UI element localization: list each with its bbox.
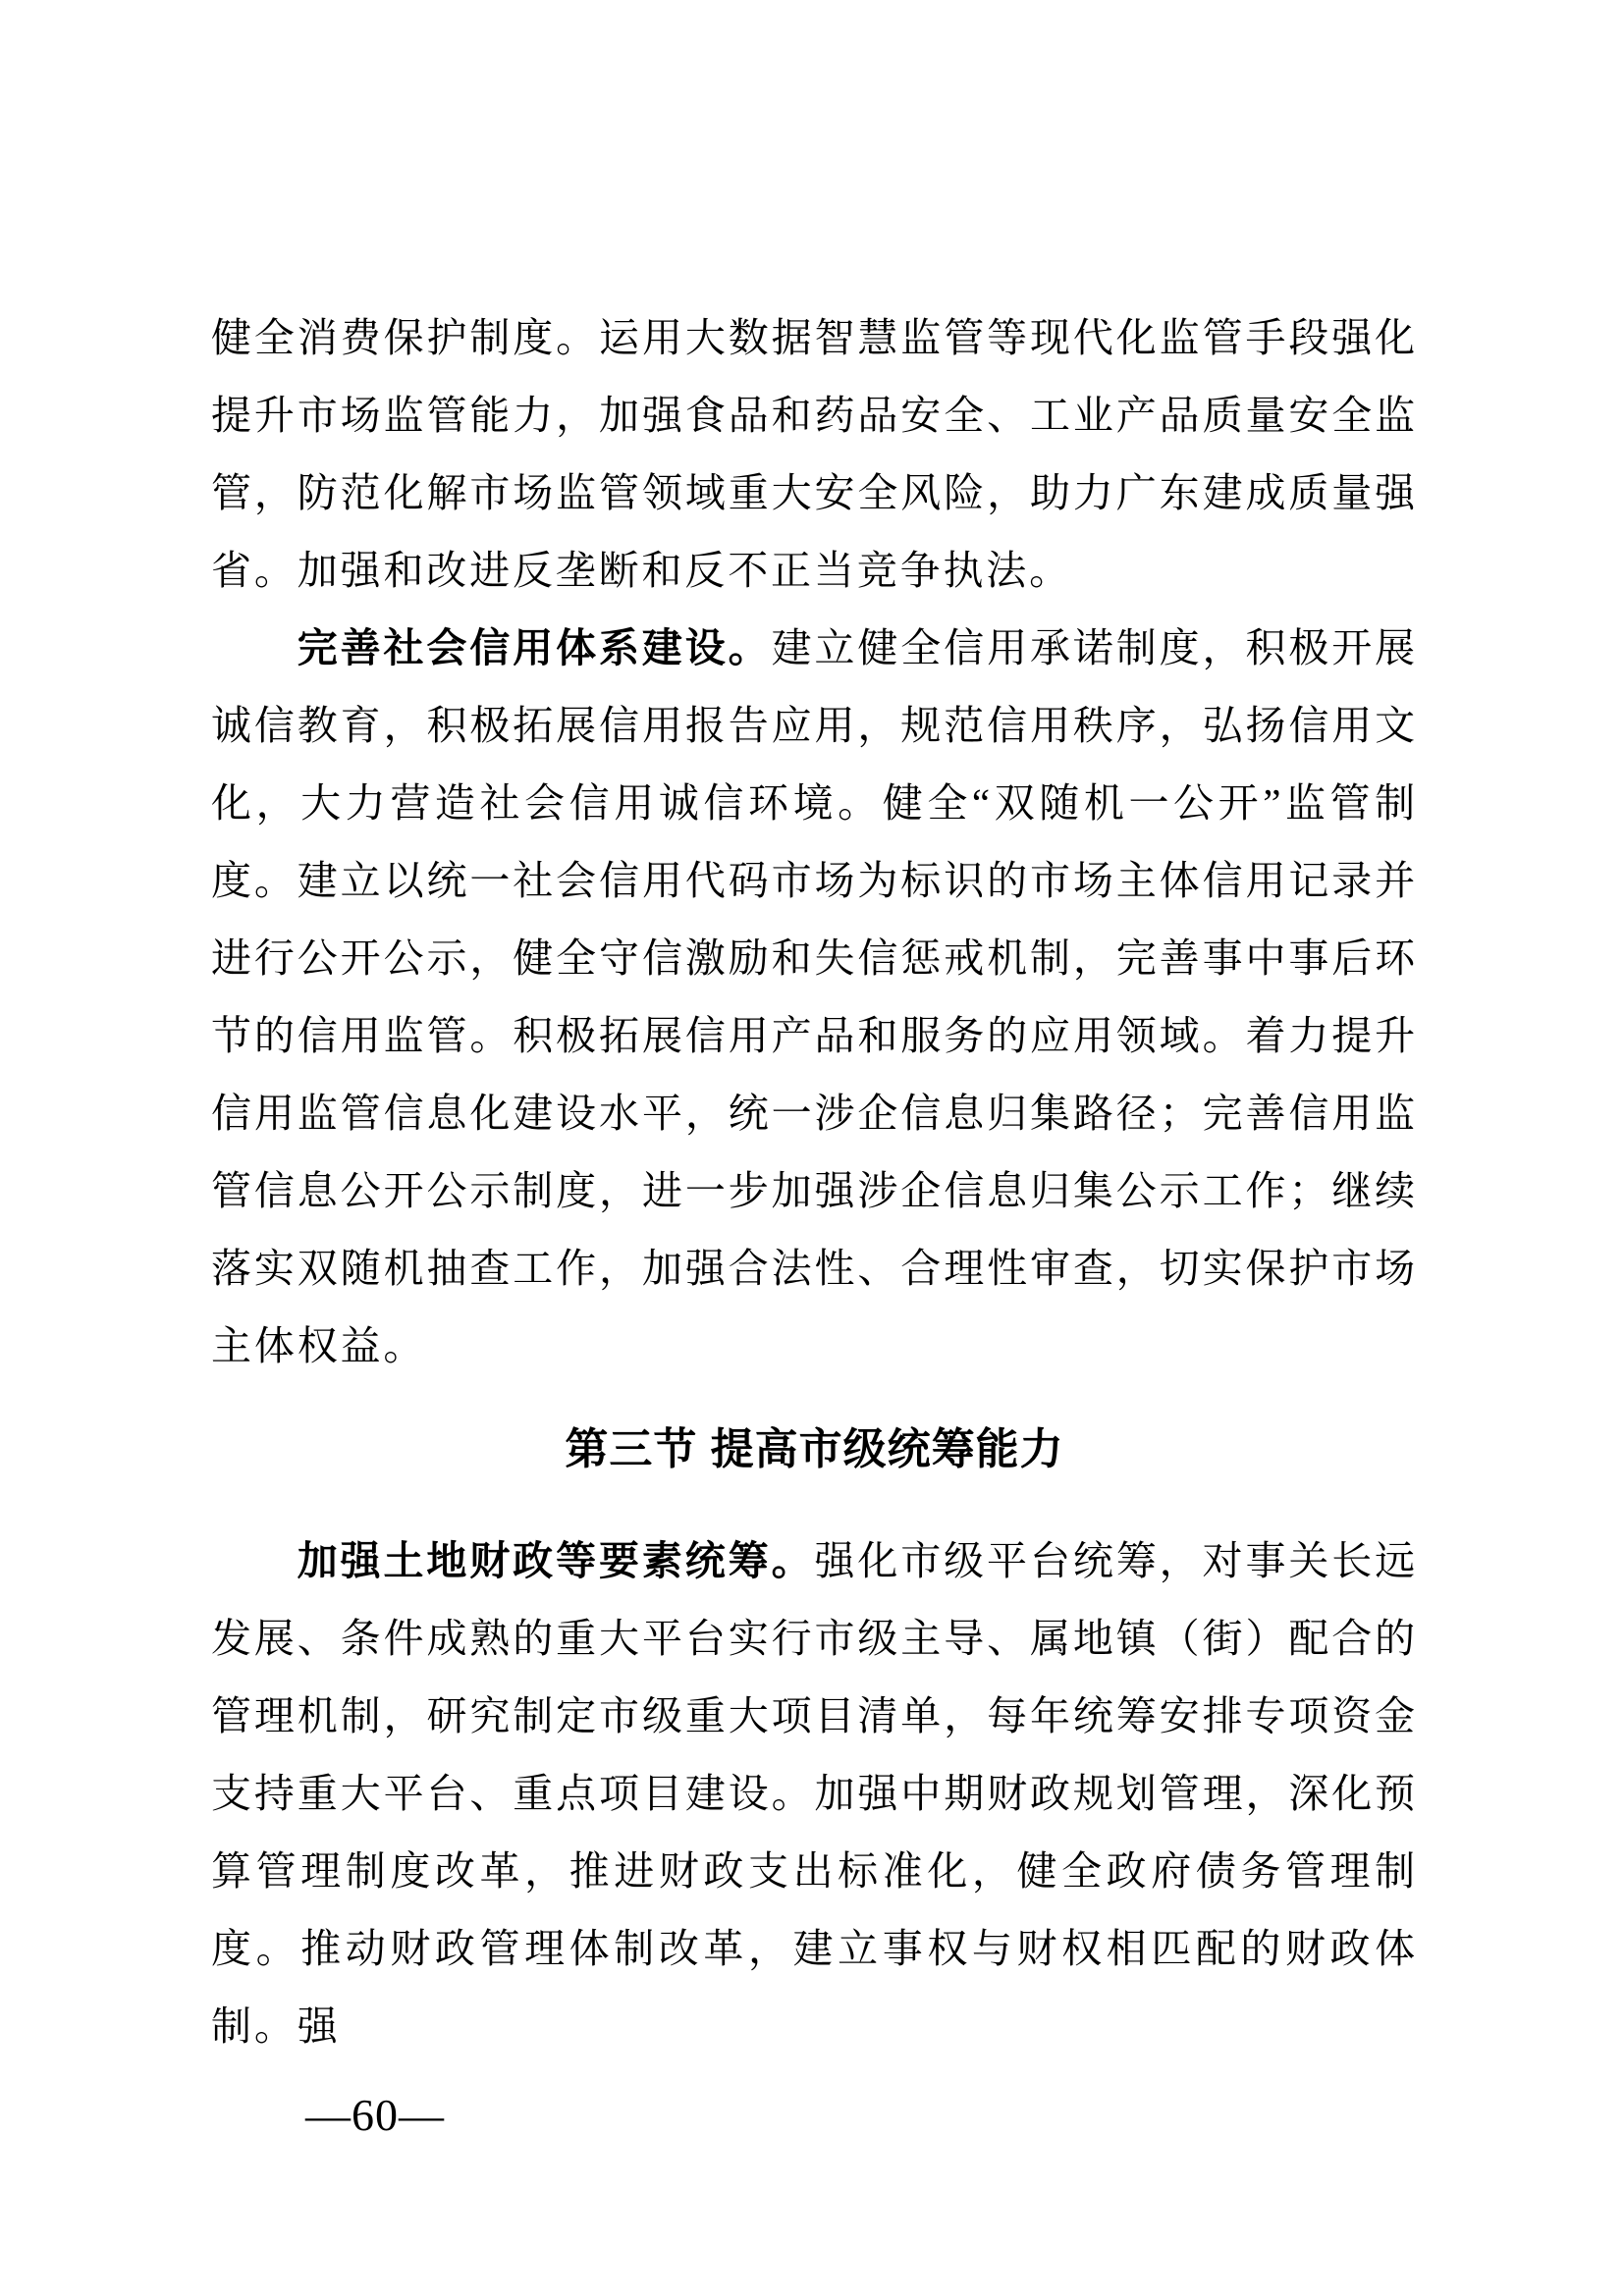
body-paragraph-2: 完善社会信用体系建设。建立健全信用承诺制度，积极开展诚信教育，积极拓展信用报告应… xyxy=(211,610,1418,1385)
body-paragraph-3: 加强土地财政等要素统筹。强化市级平台统筹，对事关长远发展、条件成熟的重大平台实行… xyxy=(211,1522,1418,2065)
body-paragraph-1: 健全消费保护制度。运用大数据智慧监管等现代化监管手段强化提升市场监管能力，加强食… xyxy=(211,299,1418,610)
text-block: 健全消费保护制度。运用大数据智慧监管等现代化监管手段强化提升市场监管能力，加强食… xyxy=(211,299,1418,2065)
section-heading: 第三节 提高市级统筹能力 xyxy=(211,1422,1418,1477)
paragraph-3-bold-lead: 加强土地财政等要素统筹。 xyxy=(298,1538,815,1583)
paragraph-2-text: 建立健全信用承诺制度，积极开展诚信教育，积极拓展信用报告应用，规范信用秩序，弘扬… xyxy=(211,625,1418,1368)
page-number: —60— xyxy=(305,2089,445,2142)
paragraph-2-bold-lead: 完善社会信用体系建设。 xyxy=(298,625,772,670)
document-page: 健全消费保护制度。运用大数据智慧监管等现代化监管手段强化提升市场监管能力，加强食… xyxy=(0,0,1624,2296)
paragraph-3-text: 强化市级平台统筹，对事关长远发展、条件成熟的重大平台实行市级主导、属地镇（街）配… xyxy=(211,1538,1418,2049)
